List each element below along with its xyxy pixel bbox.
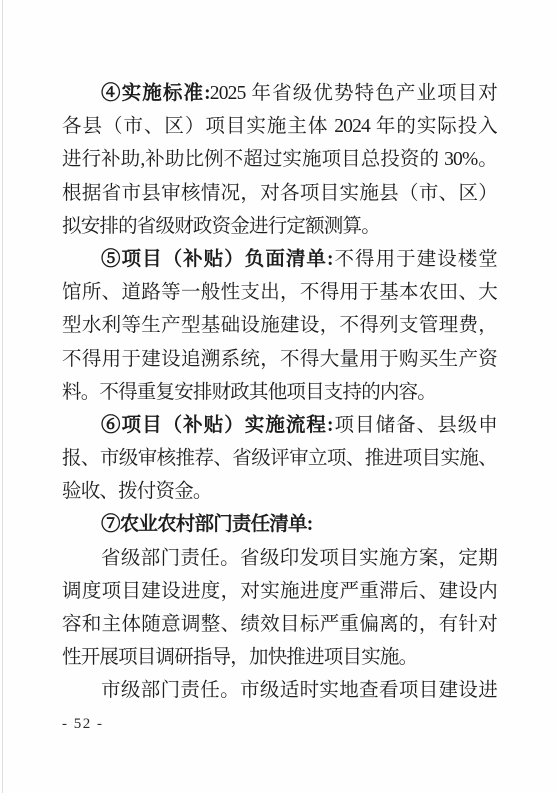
line-text: 容和主体随意调整、绩效目标严重偏离的，有针对 — [62, 614, 497, 635]
scan-edge-line — [2, 0, 3, 793]
text-line: 各县（市、区）项目实施主体 2024 年的实际投入 — [62, 110, 497, 143]
line-text: 不得用于建设楼堂 — [333, 249, 497, 270]
section-heading: ⑥项目（补贴）实施流程: — [101, 415, 333, 436]
line-text: 项目储备、县级申 — [333, 415, 497, 436]
text-line: 容和主体随意调整、绩效目标严重偏离的，有针对 — [62, 608, 497, 641]
text-line: 型水利等生产型基础设施建设，不得列支管理费， — [62, 309, 497, 342]
section-heading: ④实施标准: — [101, 83, 210, 104]
text-line: 验收、拨付资金。 — [62, 475, 497, 508]
text-line: 报、市级审核推荐、省级评审立项、推进项目实施、 — [62, 442, 497, 475]
text-line: ⑦农业农村部门责任清单: — [62, 508, 497, 541]
line-text: 进行补助,补助比例不超过实施项目总投资的 30%。 — [62, 149, 497, 170]
line-text: 拟安排的省级财政资金进行定额测算。 — [62, 216, 380, 237]
text-line: 调度项目建设进度，对实施进度严重滞后、建设内 — [62, 575, 497, 608]
text-line: 料。不得重复安排财政其他项目支持的内容。 — [62, 376, 497, 409]
text-line: 进行补助,补助比例不超过实施项目总投资的 30%。 — [62, 143, 497, 176]
section-heading: ⑦农业农村部门责任清单: — [101, 514, 312, 535]
text-line: ⑤项目（补贴）负面清单:不得用于建设楼堂 — [62, 243, 497, 276]
line-text: 不得用于建设追溯系统，不得大量用于购买生产资 — [62, 349, 497, 370]
line-text: 2025 年省级优势特色产业项目对 — [210, 83, 497, 104]
section-heading: ⑤项目（补贴）负面清单: — [101, 249, 333, 270]
line-text: 型水利等生产型基础设施建设，不得列支管理费， — [62, 315, 497, 336]
line-text: 验收、拨付资金。 — [62, 481, 212, 502]
line-text: 性开展项目调研指导，加快推进项目实施。 — [62, 647, 417, 668]
text-line: ⑥项目（补贴）实施流程:项目储备、县级申 — [62, 409, 497, 442]
line-text: 馆所、道路等一般性支出，不得用于基本农田、大 — [62, 282, 497, 303]
text-block: ④实施标准:2025 年省级优势特色产业项目对 各县（市、区）项目实施主体 20… — [62, 77, 497, 734]
text-line: ④实施标准:2025 年省级优势特色产业项目对 — [62, 77, 497, 110]
text-line: 拟安排的省级财政资金进行定额测算。 — [62, 210, 497, 243]
text-line: 根据省市县审核情况，对各项目实施县（市、区） — [62, 177, 497, 210]
line-text: 市级部门责任。市级适时实地查看项目建设进 — [101, 680, 497, 701]
line-text: 调度项目建设进度，对实施进度严重滞后、建设内 — [62, 581, 497, 602]
line-text: 各县（市、区）项目实施主体 2024 年的实际投入 — [62, 116, 497, 137]
line-text: 料。不得重复安排财政其他项目支持的内容。 — [62, 382, 436, 403]
text-line: 市级部门责任。市级适时实地查看项目建设进 — [62, 674, 497, 707]
document-page: ④实施标准:2025 年省级优势特色产业项目对 各县（市、区）项目实施主体 20… — [0, 0, 559, 793]
text-line: 省级部门责任。省级印发项目实施方案，定期 — [62, 542, 497, 575]
page-number: - 52 - — [62, 714, 497, 734]
line-text: 根据省市县审核情况，对各项目实施县（市、区） — [62, 183, 497, 204]
text-line: 馆所、道路等一般性支出，不得用于基本农田、大 — [62, 276, 497, 309]
line-text: 报、市级审核推荐、省级评审立项、推进项目实施、 — [62, 448, 497, 469]
text-line: 性开展项目调研指导，加快推进项目实施。 — [62, 641, 497, 674]
text-line: 不得用于建设追溯系统，不得大量用于购买生产资 — [62, 343, 497, 376]
line-text: 省级部门责任。省级印发项目实施方案，定期 — [101, 548, 497, 569]
